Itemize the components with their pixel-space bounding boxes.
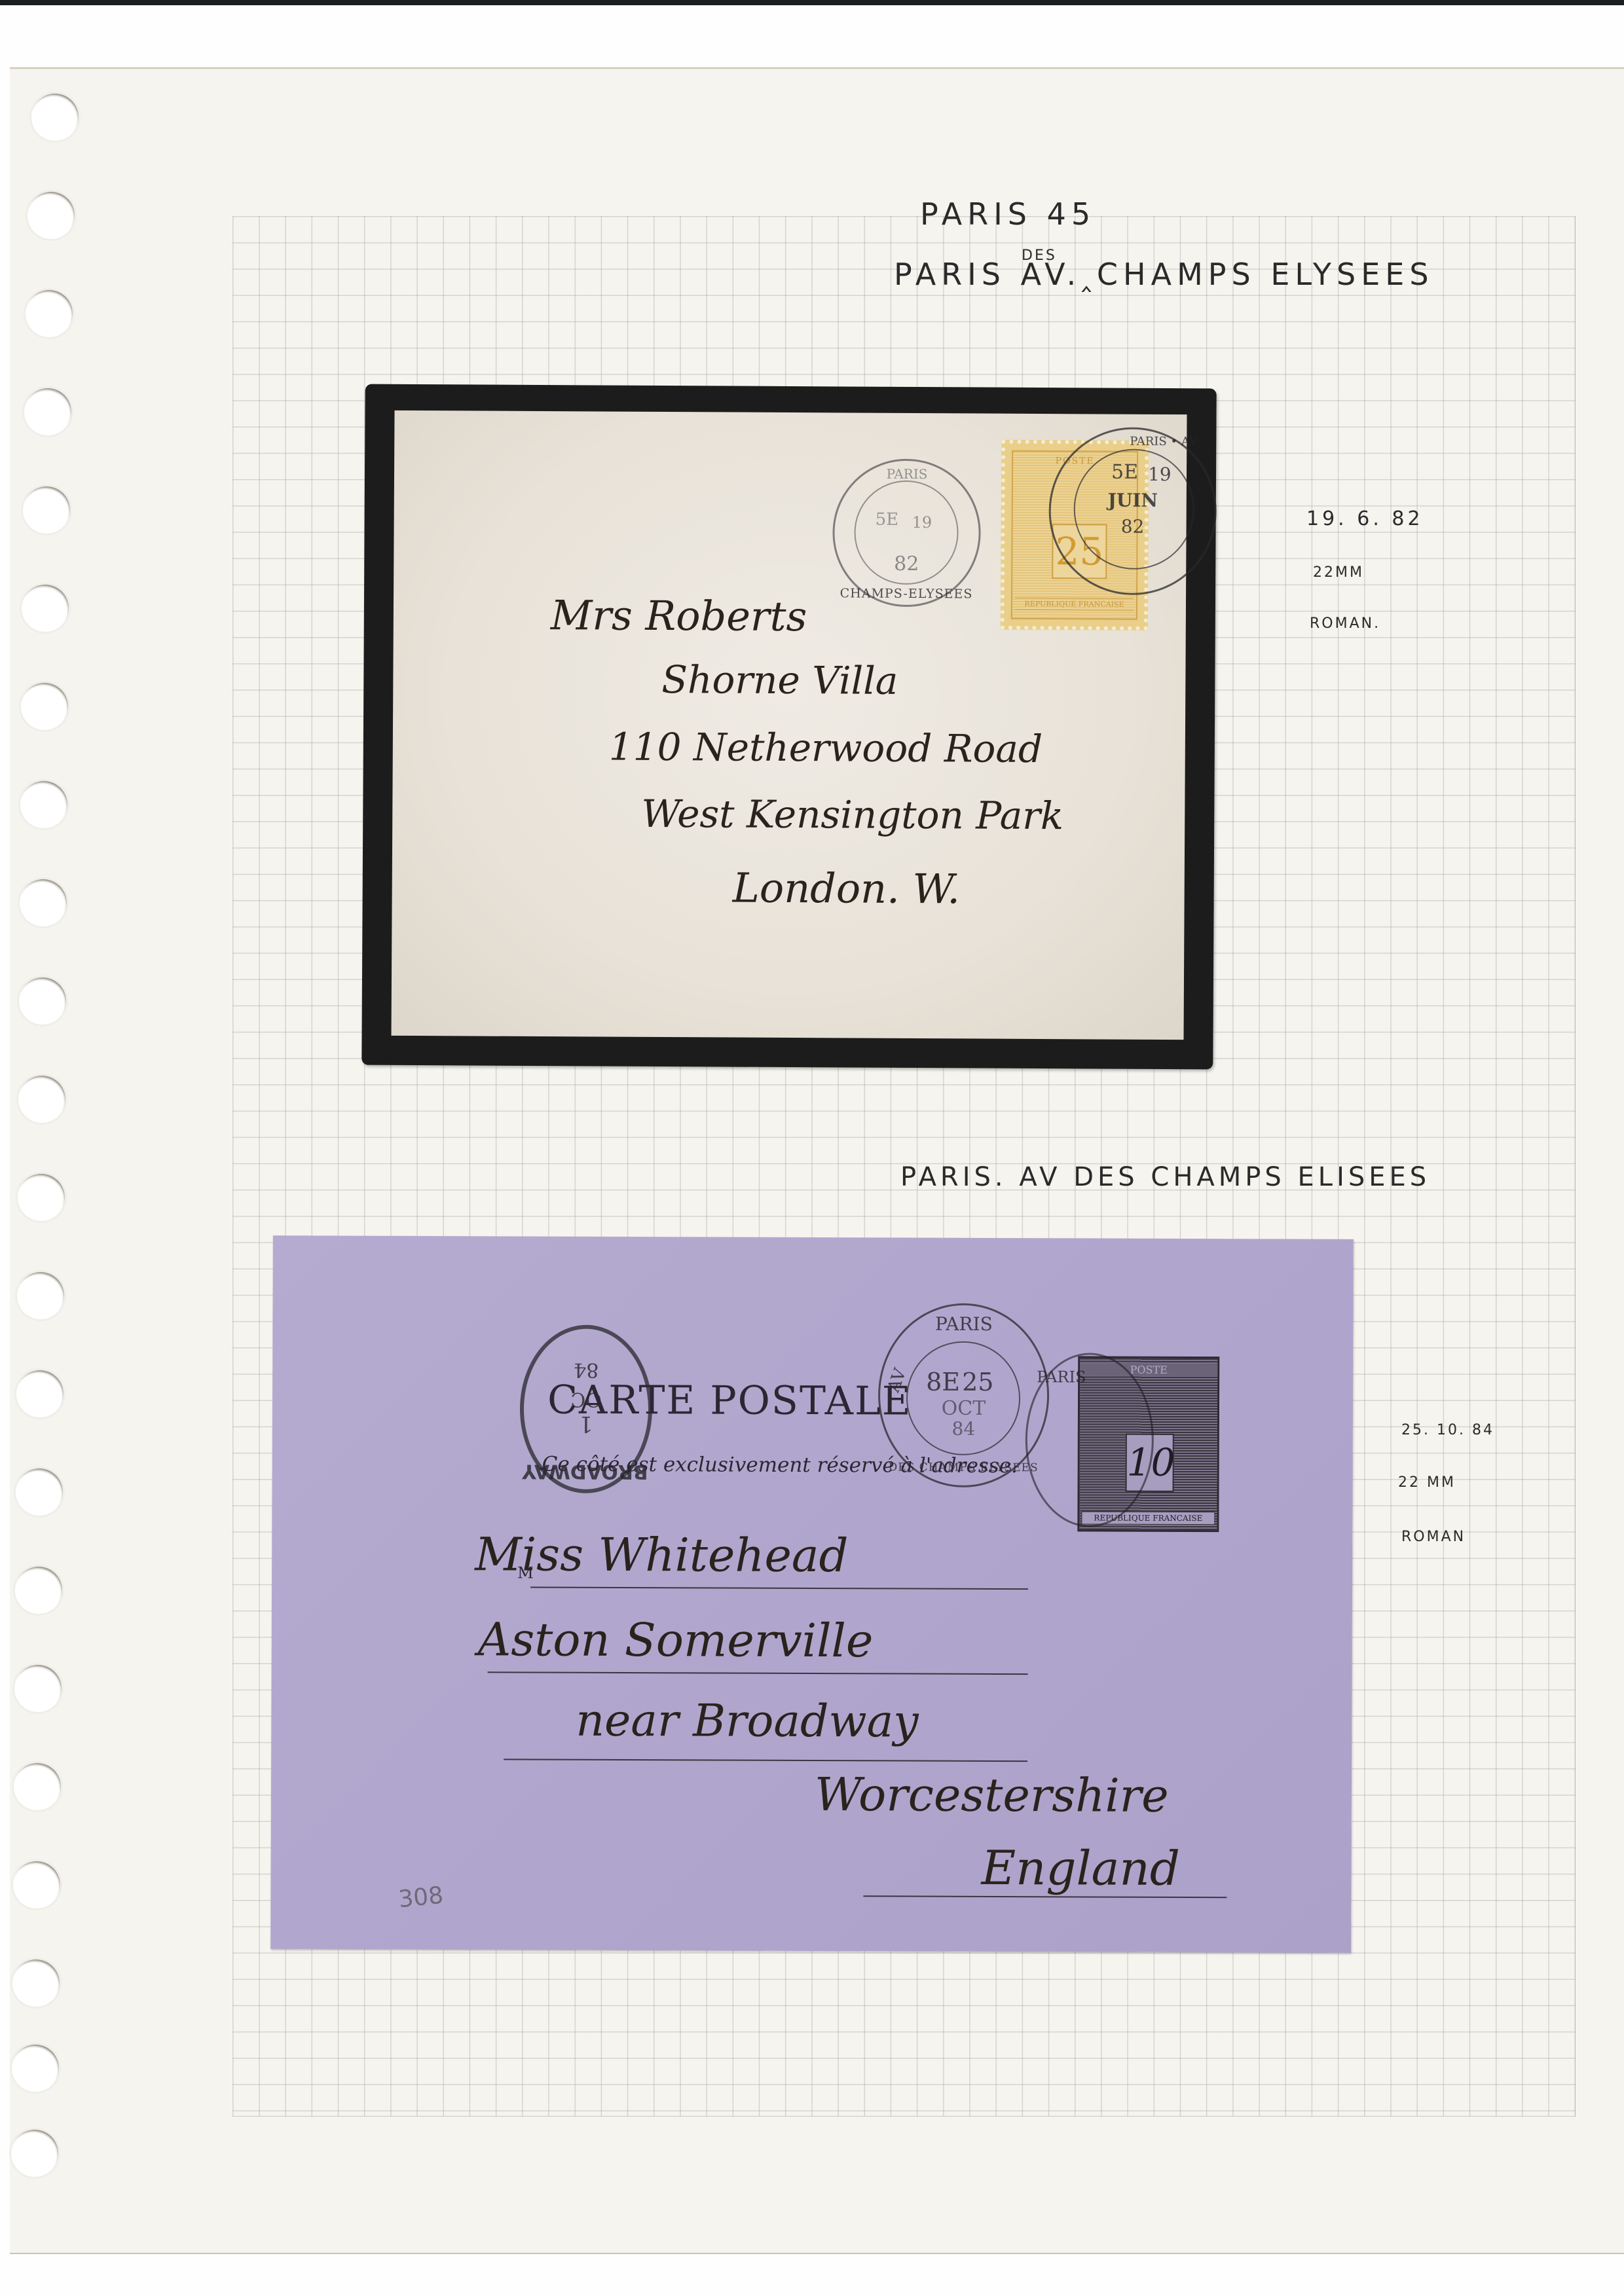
address-line-name: Mrs Roberts	[551, 591, 807, 640]
binder-hole	[18, 1174, 65, 1221]
address-line-district: West Kensington Park	[641, 792, 1063, 838]
postmark-on-stamp: PARIS • AV 5E 19 JUIN 82	[1048, 427, 1217, 595]
binder-hole	[20, 879, 67, 926]
section2-note-date: 25. 10. 84	[1401, 1422, 1494, 1438]
binder-hole	[19, 977, 66, 1025]
section1-heading-line2: PARIS AV.‸CHAMPS ELYSEES	[894, 257, 1434, 292]
postal-card: BROADWAY 1 OC 84 PARIS AV 8E 25 OCT 84 D…	[270, 1235, 1354, 1953]
scan-edge	[0, 0, 1624, 5]
address-line-house: Shorne Villa	[661, 657, 898, 703]
section1-note-size: 22MM	[1313, 564, 1364, 581]
binder-hole	[16, 1370, 64, 1417]
section2-note-type: ROMAN	[1401, 1529, 1466, 1545]
pencil-inventory-note: 308	[397, 1882, 445, 1914]
card-title: CARTE POSTALE	[547, 1377, 912, 1425]
binder-hole	[12, 2045, 59, 2092]
card-address-country: England	[981, 1840, 1180, 1896]
address-rule	[530, 1586, 1028, 1590]
binder-hole	[11, 2130, 58, 2177]
section2-note-size: 22 MM	[1398, 1474, 1456, 1491]
binder-hole	[15, 1567, 62, 1614]
binder-hole	[14, 1665, 62, 1712]
binder-hole	[21, 683, 68, 730]
section1-heading-line1: PARIS 45	[920, 196, 1096, 232]
binder-hole	[18, 1076, 65, 1123]
binder-hole	[17, 1272, 64, 1319]
card-subtitle: Ce côté est exclusivement réservé à l'ad…	[542, 1453, 1018, 1478]
binder-hole	[16, 1468, 63, 1516]
section1-note-type: ROMAN.	[1310, 615, 1380, 632]
card-address-village: Aston Somerville	[478, 1613, 874, 1667]
binder-hole	[28, 192, 75, 239]
address-line-city: London. W.	[733, 864, 961, 913]
binder-hole	[24, 388, 71, 435]
postmark-side: PARIS 5E 19 82 CHAMPS-ELYSEES	[832, 458, 981, 607]
address-line-street: 110 Netherwood Road	[609, 725, 1043, 771]
binder-hole	[20, 781, 67, 828]
section2-heading: PARIS. AV DES CHAMPS ELISEES	[900, 1162, 1430, 1192]
binder-hole	[23, 486, 70, 534]
card-address-near: near Broadway	[576, 1695, 919, 1748]
card-address-county: Worcestershire	[815, 1768, 1169, 1823]
binder-hole	[12, 1959, 60, 2007]
binder-hole	[31, 94, 79, 141]
mourning-cover: PARIS 5E 19 82 CHAMPS-ELYSEES POSTE 25 R…	[361, 384, 1216, 1070]
binder-hole	[14, 1763, 61, 1810]
binder-hole	[22, 585, 69, 632]
envelope-face: PARIS 5E 19 82 CHAMPS-ELYSEES POSTE 25 R…	[392, 410, 1187, 1040]
address-rule	[488, 1671, 1028, 1675]
binder-hole	[13, 1861, 60, 1908]
binder-hole	[26, 290, 73, 337]
address-rule	[504, 1758, 1027, 1762]
section1-note-date: 19. 6. 82	[1306, 507, 1424, 530]
card-address-name: Miss Whitehead	[475, 1527, 848, 1582]
postmark-on-card-stamp: PARIS	[1025, 1353, 1154, 1527]
